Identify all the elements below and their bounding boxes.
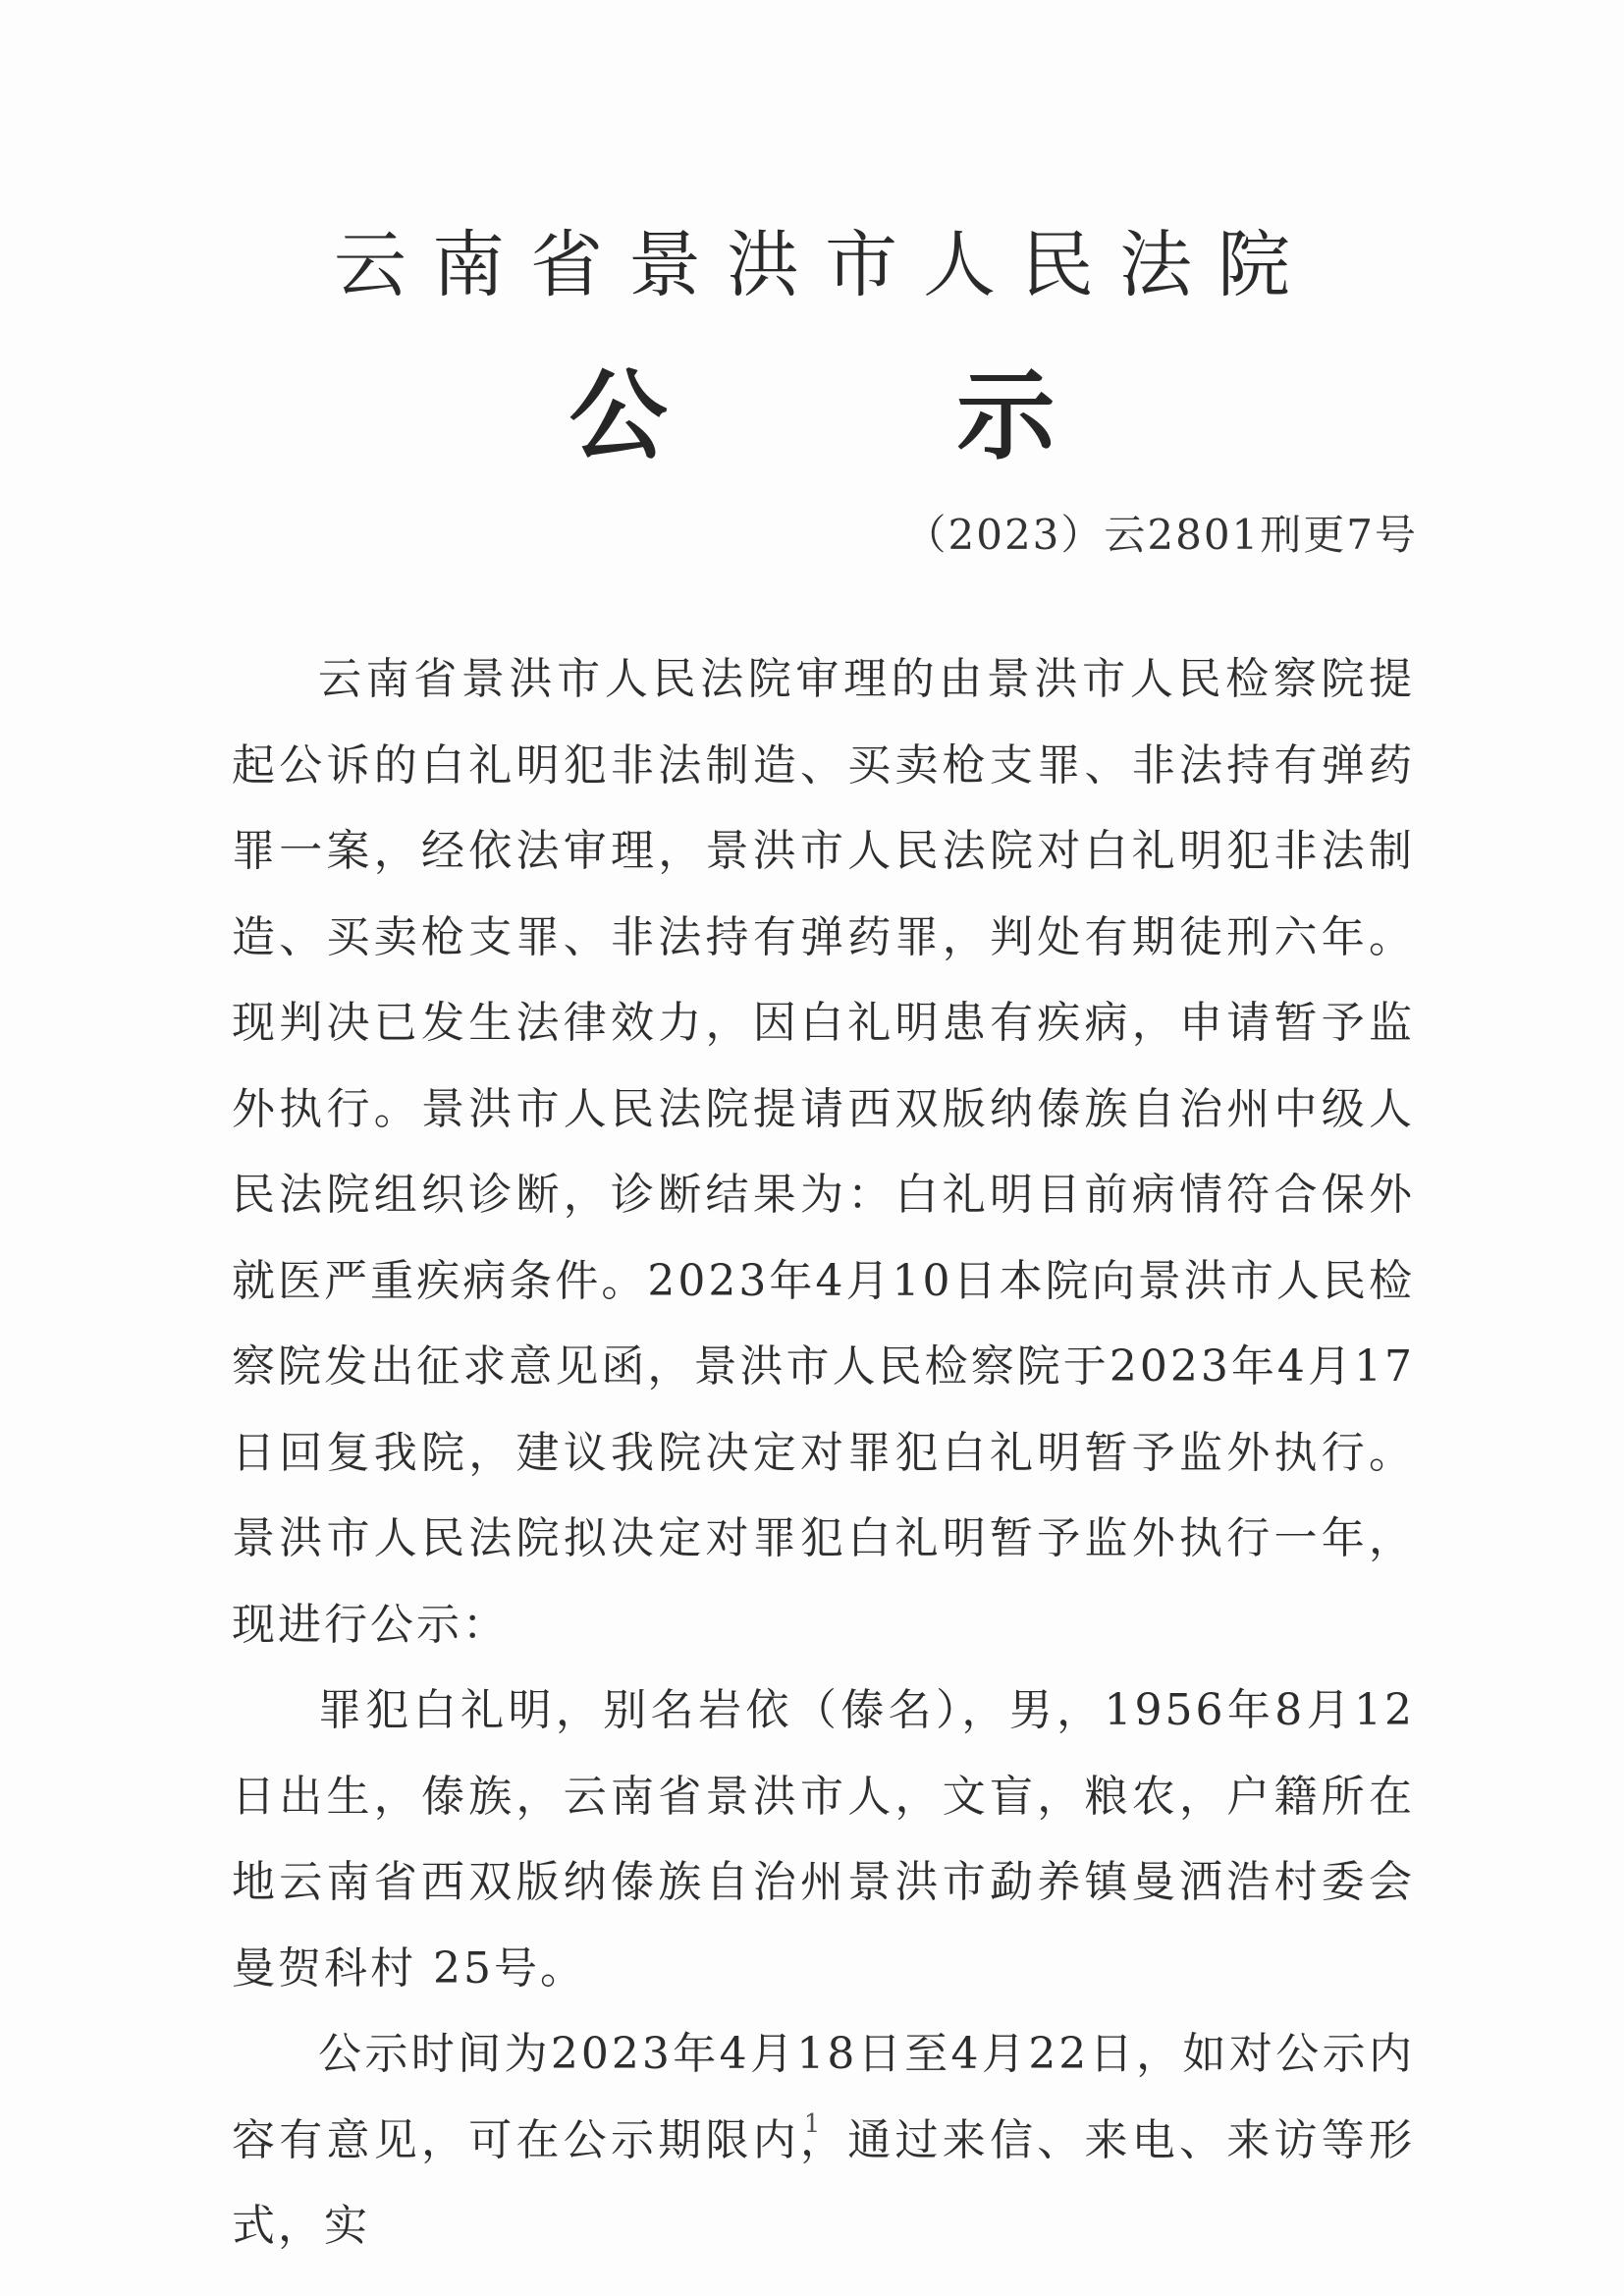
court-name-heading: 云南省景洪市人民法院 [0, 221, 1624, 309]
document-body: 云南省景洪市人民法院审理的由景洪市人民检察院提起公诉的白礼明犯非法制造、买卖枪支… [232, 636, 1415, 2269]
page-number: 1 [0, 2109, 1624, 2139]
paragraph-notice-period: 公示时间为2023年4月18日至4月22日，如对公示内容有意见，可在公示期限内，… [232, 2011, 1415, 2269]
case-number: （2023）云2801刑更7号 [905, 506, 1419, 565]
document-title: 公 示 [0, 361, 1624, 469]
paragraph-case-summary: 云南省景洪市人民法院审理的由景洪市人民检察院提起公诉的白礼明犯非法制造、买卖枪支… [232, 636, 1415, 1667]
paragraph-offender-info: 罪犯白礼明，别名岩依（傣名），男，1956年8月12日出生，傣族，云南省景洪市人… [232, 1667, 1415, 2011]
document-page: 云南省景洪市人民法院 公 示 （2023）云2801刑更7号 云南省景洪市人民法… [0, 0, 1624, 2296]
